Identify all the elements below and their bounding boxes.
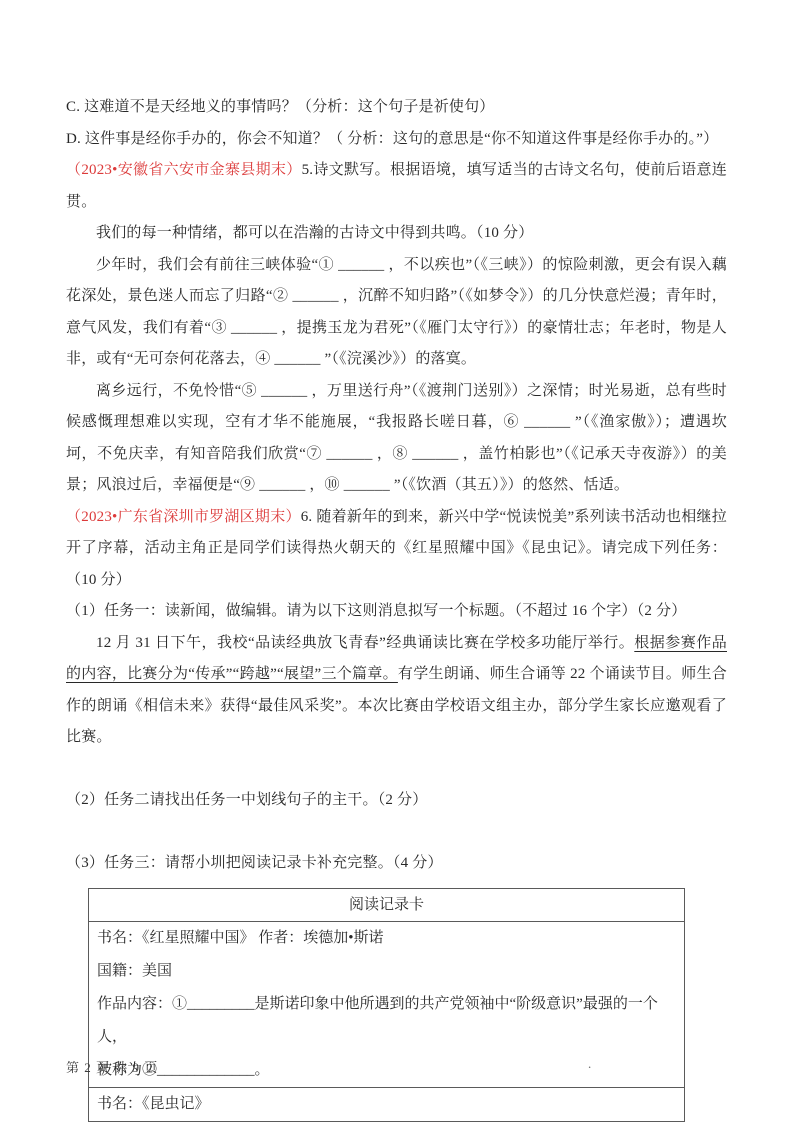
card-line: 作品内容：①_________是斯诺印象中他所遇到的共产党领袖中“阶级意识”最强… xyxy=(97,988,676,1054)
page-number-label: 第 2 页 共 9 页 xyxy=(66,1060,158,1075)
news-excerpt: 12 月 31 日下午，我校“品读经典放飞青春”经典诵读比赛在学校多功能厅举行。… xyxy=(66,628,727,754)
card-line: 书名：《昆虫记》 xyxy=(97,1088,676,1121)
card-row: 书名：《昆虫记》 xyxy=(89,1087,685,1121)
text-segment-red: （2023•安徽省六安市金寨县期末） xyxy=(66,162,302,178)
stray-mark: . xyxy=(588,1056,591,1072)
text-segment: （1）任务一：读新闻，做编辑。请为以下这则消息拟写一个标题。（不超过 16 个字… xyxy=(66,603,686,619)
text-segment: C. 这难道不是天经地义的事情吗？（分析：这个句子是祈使句） xyxy=(66,99,495,115)
reading-record-card-body: 阅读记录卡 书名：《红星照耀中国》 作者：埃德加•斯诺国籍：美国作品内容：①__… xyxy=(89,888,685,1121)
text-segment: （2）任务二请找出任务一中划线句子的主干。（2 分） xyxy=(66,792,427,808)
option-d: D. 这件事是经你手办的，你会不知道？（ 分析：这句的意思是“你不知道这件事是经… xyxy=(66,124,727,156)
text-segment: 离乡远行，不免怜惜“⑤ ______ ，万里送行舟”（《渡荆门送别》）之深情；时… xyxy=(66,383,727,494)
question-5-body-1: 少年时，我们会有前往三峡体验“① ______ ，不以疾也”（《三峡》）的惊险刺… xyxy=(66,250,727,376)
card-cell: 书名：《昆虫记》 xyxy=(89,1087,685,1121)
option-c: C. 这难道不是天经地义的事情吗？（分析：这个句子是祈使句） xyxy=(66,92,727,124)
text-segment: 少年时，我们会有前往三峡体验“① ______ ，不以疾也”（《三峡》）的惊险刺… xyxy=(66,257,727,368)
text-segment: 我们的每一种情绪，都可以在浩瀚的古诗文中得到共鸣。（10 分） xyxy=(96,225,533,241)
task-1: （1）任务一：读新闻，做编辑。请为以下这则消息拟写一个标题。（不超过 16 个字… xyxy=(66,596,727,628)
paragraph-list: C. 这难道不是天经地义的事情吗？（分析：这个句子是祈使句）D. 这件事是经你手… xyxy=(66,92,727,880)
text-segment: D. 这件事是经你手办的，你会不知道？（ 分析：这句的意思是“你不知道这件事是经… xyxy=(66,131,718,147)
document-body: C. 这难道不是天经地义的事情吗？（分析：这个句子是祈使句）D. 这件事是经你手… xyxy=(66,92,727,1122)
card-title-row: 阅读记录卡 xyxy=(89,888,685,921)
card-line: 国籍：美国 xyxy=(97,955,676,988)
card-title: 阅读记录卡 xyxy=(89,888,685,921)
card-line: 书名：《红星照耀中国》 作者：埃德加•斯诺 xyxy=(97,922,676,955)
page-footer: 第 2 页 共 9 页 xyxy=(66,1060,158,1076)
card-cell: 书名：《红星照耀中国》 作者：埃德加•斯诺国籍：美国作品内容：①________… xyxy=(89,921,685,1087)
question-6: （2023•广东省深圳市罗湖区期末）6. 随着新年的到来，新兴中学“悦读悦美”系… xyxy=(66,502,727,597)
question-5: （2023•安徽省六安市金寨县期末）5.诗文默写。根据语境，填写适当的古诗文名句… xyxy=(66,155,727,218)
card-row: 书名：《红星照耀中国》 作者：埃德加•斯诺国籍：美国作品内容：①________… xyxy=(89,921,685,1087)
document-page: C. 这难道不是天经地义的事情吗？（分析：这个句子是祈使句）D. 这件事是经你手… xyxy=(0,0,793,1122)
blank-line-2 xyxy=(66,817,727,849)
text-segment: 12 月 31 日下午，我校“品读经典放飞青春”经典诵读比赛在学校多功能厅举行。 xyxy=(96,635,634,651)
task-2: （2）任务二请找出任务一中划线句子的主干。（2 分） xyxy=(66,785,727,817)
question-5-body-2: 离乡远行，不免怜惜“⑤ ______ ，万里送行舟”（《渡荆门送别》）之深情；时… xyxy=(66,376,727,502)
text-segment: （3）任务三：请帮小圳把阅读记录卡补充完整。（4 分） xyxy=(66,855,443,871)
task-3: （3）任务三：请帮小圳把阅读记录卡补充完整。（4 分） xyxy=(66,848,727,880)
reading-record-card: 阅读记录卡 书名：《红星照耀中国》 作者：埃德加•斯诺国籍：美国作品内容：①__… xyxy=(88,888,685,1122)
question-5-intro: 我们的每一种情绪，都可以在浩瀚的古诗文中得到共鸣。（10 分） xyxy=(66,218,727,250)
blank-line-1 xyxy=(66,754,727,786)
text-segment-red: （2023•广东省深圳市罗湖区期末） xyxy=(66,509,301,525)
